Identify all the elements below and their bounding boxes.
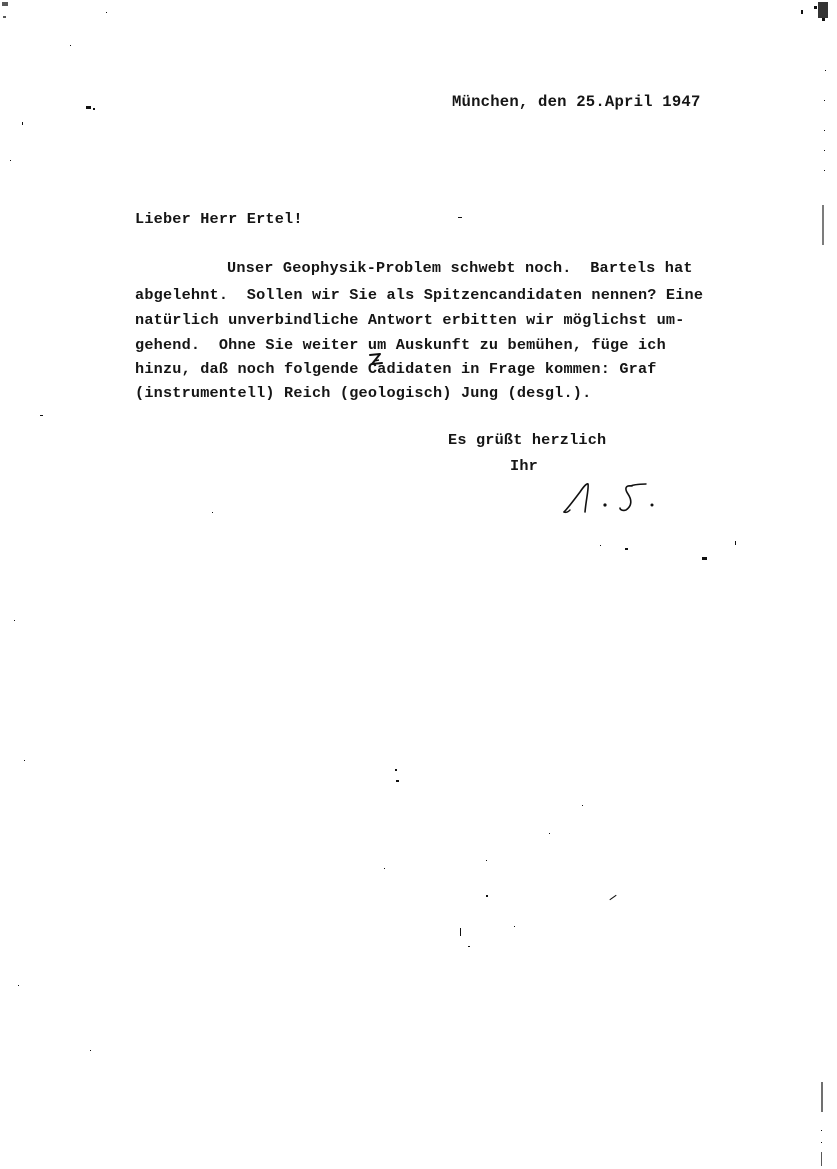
body-line: gehend. Ohne Sie weiter um Auskunft zu b… xyxy=(135,338,666,353)
closing-ihr: Ihr xyxy=(510,459,538,474)
letter-page: München, den 25.April 1947 Lieber Herr E… xyxy=(0,0,837,1169)
body-line: hinzu, daß noch folgende Cadidaten in Fr… xyxy=(135,362,657,377)
scan-speck xyxy=(458,217,462,218)
salutation: Lieber Herr Ertel! xyxy=(135,212,303,227)
scan-speck xyxy=(24,760,25,761)
scan-speck xyxy=(212,512,213,513)
scan-speck xyxy=(486,895,488,897)
scan-speck xyxy=(468,946,470,947)
scan-speck xyxy=(93,108,95,110)
scan-speck xyxy=(3,16,6,18)
body-line: Unser Geophysik-Problem schwebt noch. Ba… xyxy=(227,261,693,276)
scan-edge-noise xyxy=(800,0,837,260)
scan-speck xyxy=(735,541,736,545)
scan-speck xyxy=(10,160,11,161)
scan-speck xyxy=(625,548,628,550)
dateline: München, den 25.April 1947 xyxy=(452,95,701,111)
scan-speck xyxy=(609,895,616,900)
closing-phrase: Es grüßt herzlich xyxy=(448,433,606,448)
scan-speck xyxy=(14,620,15,621)
scan-speck xyxy=(90,1050,91,1051)
body-line: abgelehnt. Sollen wir Sie als Spitzencan… xyxy=(135,288,703,303)
scan-speck xyxy=(460,928,461,936)
scan-speck xyxy=(106,12,107,13)
scan-speck xyxy=(86,106,91,109)
scan-speck xyxy=(384,868,385,869)
scan-speck xyxy=(600,545,601,546)
scan-speck xyxy=(18,985,19,986)
body-line: (instrumentell) Reich (geologisch) Jung … xyxy=(135,386,591,401)
scan-speck xyxy=(486,860,487,861)
scan-speck xyxy=(395,769,397,771)
scan-speck xyxy=(549,833,550,834)
scan-speck xyxy=(582,805,583,806)
scan-edge-noise xyxy=(810,1080,837,1169)
scan-speck xyxy=(514,926,515,927)
scan-speck xyxy=(702,557,707,560)
scan-speck xyxy=(70,45,71,46)
scan-speck xyxy=(2,2,8,6)
scan-speck xyxy=(396,780,399,782)
handwritten-correction-mark xyxy=(368,352,384,370)
handwritten-signature xyxy=(560,478,670,518)
scan-speck xyxy=(40,415,43,416)
scan-speck xyxy=(22,122,23,125)
body-line: natürlich unverbindliche Antwort erbitte… xyxy=(135,313,685,328)
